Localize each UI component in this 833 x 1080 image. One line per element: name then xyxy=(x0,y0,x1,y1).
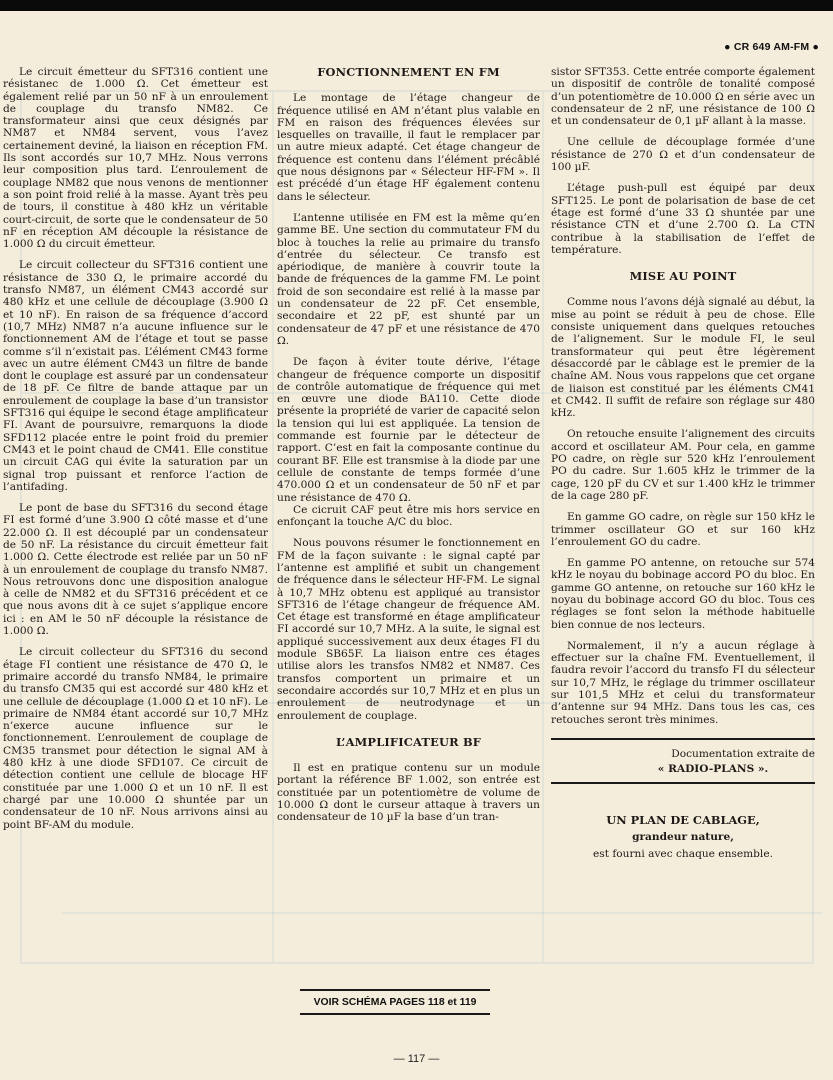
schema-reference: VOIR SCHÉMA PAGES 118 et 119 xyxy=(300,989,490,1015)
source-credit: Documentation extraite de « RADIO-PLANS … xyxy=(551,740,815,782)
paragraph: Le circuit émetteur du SFT316 contient u… xyxy=(3,66,268,250)
page-number: — 117 — xyxy=(0,1053,833,1065)
paragraph: Une cellule de découplage formée d’une r… xyxy=(551,136,815,173)
paragraph: L’étage push-pull est équipé par deux SF… xyxy=(551,182,815,256)
section-title-fonctionnement-fm: FONCTIONNEMENT EN FM xyxy=(277,66,540,78)
paragraph: Normalement, il n’y a aucun réglage à ef… xyxy=(551,640,815,726)
column-1: Le circuit émetteur du SFT316 contient u… xyxy=(3,66,268,840)
paragraph: De façon à éviter toute dérive, l’étage … xyxy=(277,356,540,504)
plan-line: UN PLAN DE CABLAGE, xyxy=(551,812,815,829)
paragraph: Ce cicruit CAF peut être mis hors servic… xyxy=(277,504,540,529)
paragraph: L’antenne utilisée en FM est la même qu’… xyxy=(277,212,540,347)
divider xyxy=(300,1013,490,1015)
paragraph: Comme nous l’avons déjà signalé au début… xyxy=(551,296,815,419)
paragraph: En gamme PO antenne, on retouche sur 574… xyxy=(551,557,815,631)
paragraph-continued: sistor SFT353. Cette entrée comporte éga… xyxy=(551,66,815,127)
paragraph: Le pont de base du SFT316 du second étag… xyxy=(3,502,268,637)
column-2: FONCTIONNEMENT EN FM Le montage de l’éta… xyxy=(277,66,540,833)
scan-top-edge xyxy=(0,0,833,11)
divider xyxy=(551,782,815,784)
paragraph: Le montage de l’étage changeur de fréque… xyxy=(277,92,540,203)
section-title-amplificateur-bf: L’AMPLIFICATEUR BF xyxy=(277,736,540,748)
paragraph: Le circuit collecteur du SFT316 contient… xyxy=(3,259,268,493)
schema-reference-text: VOIR SCHÉMA PAGES 118 et 119 xyxy=(300,991,490,1013)
paragraph: Le circuit collecteur du SFT316 du secon… xyxy=(3,646,268,830)
plan-line: grandeur nature, xyxy=(551,829,815,846)
wiring-plan-note: UN PLAN DE CABLAGE, grandeur nature, est… xyxy=(551,812,815,863)
running-header: ● CR 649 AM-FM ● xyxy=(724,41,819,53)
credit-line: Documentation extraite de xyxy=(551,747,815,762)
section-title-mise-au-point: MISE AU POINT xyxy=(551,270,815,282)
paragraph: Il est en pratique contenu sur un module… xyxy=(277,762,540,823)
column-3: sistor SFT353. Cette entrée comporte éga… xyxy=(551,66,815,863)
paragraph: Nous pouvons résumer le fonctionnement e… xyxy=(277,537,540,721)
paragraph: On retouche ensuite l’alignement des cir… xyxy=(551,428,815,502)
credit-magazine: « RADIO-PLANS ». xyxy=(551,762,815,777)
paragraph: En gamme GO cadre, on règle sur 150 kHz … xyxy=(551,511,815,548)
plan-line: est fourni avec chaque ensemble. xyxy=(551,846,815,863)
